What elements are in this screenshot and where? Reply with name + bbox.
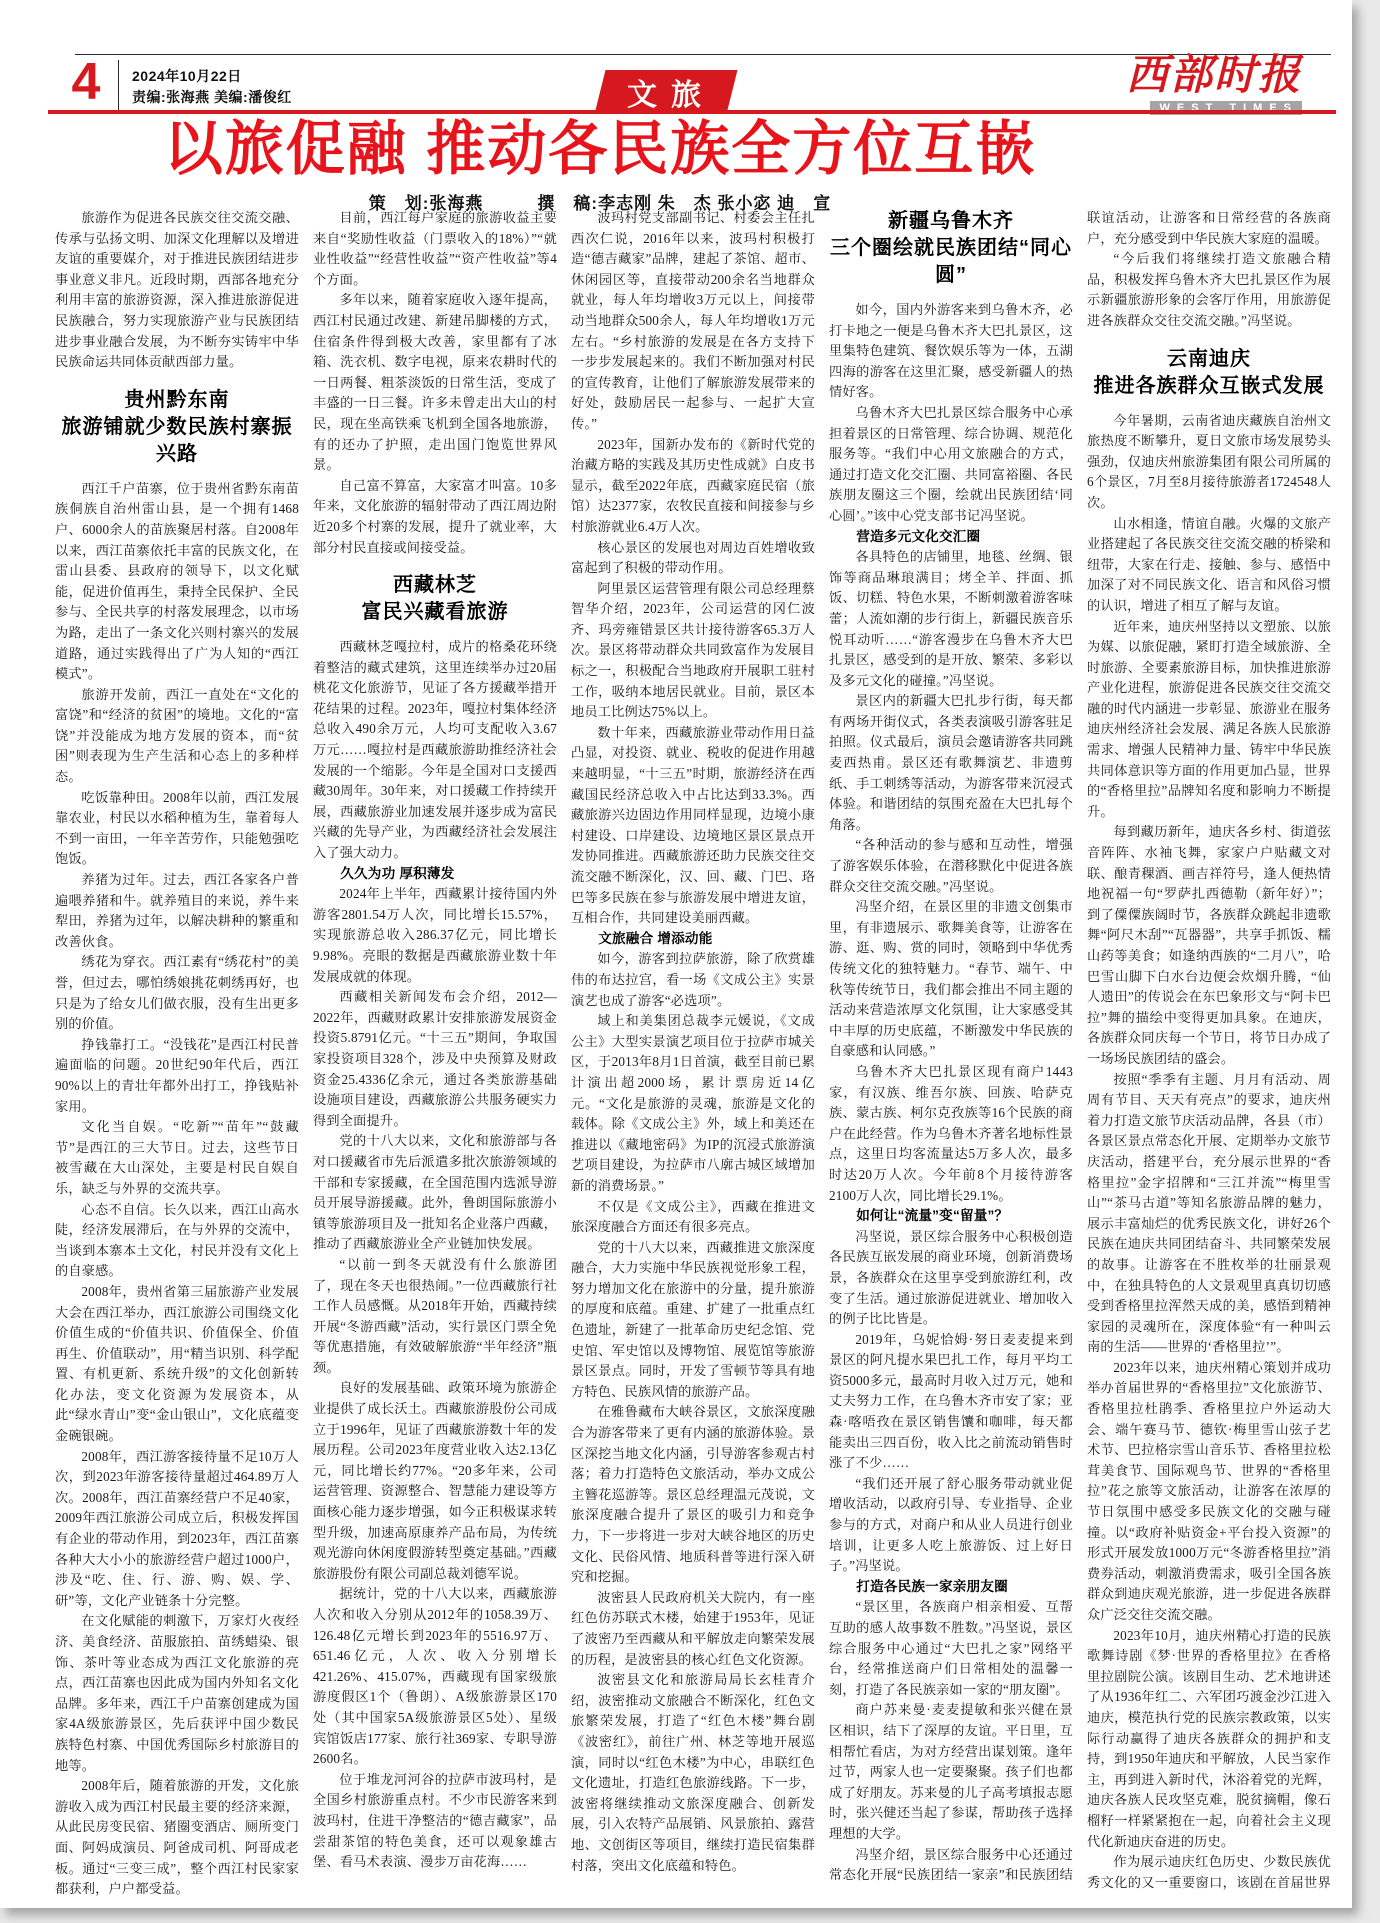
page-editors: 责编:张海燕 美编:潘俊红 (132, 87, 292, 108)
article-paragraph: 2024年上半年，西藏累计接待国内外游客2801.54万人次，同比增长15.57… (313, 884, 557, 987)
headline-block: 以旅促融 推动各民族全方位互嵌 策 划:张海燕 撰 稿:李志刚 朱 杰 张小宓 … (55, 118, 1145, 214)
article-paragraph: 旅游作为促进各民族交往交流交融、传承与弘扬文明、加深文化理解以及增进友谊的重要媒… (55, 208, 299, 373)
article-paragraph: 域上和美集团总裁李元媛说，《文成公主》大型实景演艺项目位于拉萨市城关区，于201… (571, 1011, 815, 1196)
article-paragraph: 在文化赋能的刺激下，万家灯火夜经济、美食经济、苗服旅拍、苗绣蜡染、银饰、茶叶等业… (55, 1611, 299, 1776)
article-paragraph: 阿里景区运营管理有限公司总经理蔡智华介绍，2023年，公司运营的冈仁波齐、玛旁雍… (571, 579, 815, 723)
main-headline: 以旅促融 推动各民族全方位互嵌 (55, 118, 1145, 180)
page-meta: 2024年10月22日 责编:张海燕 美编:潘俊红 (132, 66, 292, 108)
article-paragraph: 2008年，贵州省第三届旅游产业发展大会在西江举办，西江旅游公司围绕文化价值生成… (55, 1282, 299, 1447)
article-paragraph: 挣钱靠打工。“没钱花”是西江村民普遍面临的问题。20世纪90年代后，西江90%以… (55, 1035, 299, 1117)
section-banner: 文旅 (595, 70, 738, 114)
article-paragraph: 文化当自娱。“吃新”“苗年”“鼓藏节”是西江的三大节日。过去，这些节日被雪藏在大… (55, 1117, 299, 1199)
article-paragraph: 波玛村党支部副书记、村委会主任扎西次仁说，2016年以来，波玛村积极打造“德吉藏… (571, 208, 815, 435)
article-paragraph: 波密县文化和旅游局局长玄桂青介绍，波密推动文旅融合不断深化，红色文旅繁荣发展，打… (571, 1670, 815, 1876)
article-section-headline: 云南迪庆 推进各族群众互嵌式发展 (1087, 346, 1331, 400)
article-inline-subhead: 营造多元文化交汇圈 (829, 527, 1073, 548)
article-paragraph: “各种活动的参与感和互动性，增强了游客娱乐体验，在潜移默化中促进各族群众交往交流… (829, 835, 1073, 897)
article-section-headline: 贵州黔东南 旅游铺就少数民族村寨振兴路 (55, 387, 299, 468)
article-paragraph: 商户苏来曼·麦麦提敏和张兴健在景区相识，结下了深厚的友谊。平日里，互相帮忙看店，… (829, 1700, 1073, 1844)
article-paragraph: 良好的发展基础、政策环境为旅游企业提供了成长沃土。西藏旅游股份公司成立于1996… (313, 1378, 557, 1584)
article-paragraph: 位于堆龙河河谷的拉萨市波玛村，是全国乡村旅游重点村。不少市民游客来到波玛村，住进… (313, 1770, 557, 1873)
article-inline-subhead: 久久为功 厚积薄发 (313, 864, 557, 885)
page-date: 2024年10月22日 (132, 66, 292, 87)
article-paragraph: 2023年，国新办发布的《新时代党的治藏方略的实践及其历史性成就》白皮书显示，截… (571, 435, 815, 538)
article-paragraph: 每到藏历新年，迪庆各乡村、街道弦音阵阵、水袖飞舞，家家户户贴藏文对联、酿青稞酒、… (1087, 822, 1331, 1069)
article-paragraph: 乌鲁木齐大巴扎景区现有商户1443家，有汉族、维吾尔族、回族、哈萨克族、蒙古族、… (829, 1062, 1073, 1206)
article-paragraph: 党的十八大以来，西藏推进文旅深度融合，大力实施中华民族视觉形象工程，努力增加文化… (571, 1238, 815, 1403)
article-paragraph: “今后我们将继续打造文旅融合精品，积极发挥乌鲁木齐大巴扎景区作为展示新疆旅游形象… (1087, 249, 1331, 331)
article-paragraph: 景区内的新疆大巴扎步行街，每天都有两场开街仪式，各类表演吸引游客驻足拍照。仪式最… (829, 691, 1073, 835)
article-paragraph: 2008年后，随着旅游的开发，文化旅游收入成为西江村民最主要的经济来源，从此民房… (55, 1776, 299, 1900)
article-paragraph: 如今，国内外游客来到乌鲁木齐，必打卡地之一便是乌鲁木齐大巴扎景区，这里集特色建筑… (829, 300, 1073, 403)
article-paragraph: “我们还开展了舒心服务带动就业促增收活动，以政府引导、专业指导、企业参与的方式，… (829, 1474, 1073, 1577)
article-body: 旅游作为促进各民族交往交流交融、传承与弘扬文明、加深文化理解以及增进友谊的重要媒… (55, 208, 1331, 1900)
article-paragraph: 据统计，党的十八大以来，西藏旅游人次和收入分别从2012年的1058.39万、1… (313, 1584, 557, 1769)
article-paragraph: 党的十八大以来，文化和旅游部与各对口援藏省市先后派遣多批次旅游领域的干部和专家援… (313, 1131, 557, 1255)
article-inline-subhead: 如何让“流量”变“留量”？ (829, 1206, 1073, 1227)
article-paragraph: 核心景区的发展也对周边百姓增收致富起到了积极的带动作用。 (571, 538, 815, 579)
article-paragraph: 心态不自信。长久以来，西江山高水陡，经济发展滞后，在与外界的交流中，当谈到本寨本… (55, 1200, 299, 1282)
article-paragraph: 数十年来，西藏旅游业带动作用日益凸显，对投资、就业、税收的促进作用越来越明显，“… (571, 723, 815, 929)
article-paragraph: 不仅是《文成公主》，西藏在推进文旅深度融合方面还有很多亮点。 (571, 1197, 815, 1238)
article-section-headline: 西藏林芝 富民兴藏看旅游 (313, 572, 557, 626)
article-paragraph: 养猪为过年。过去，西江各家各户普遍喂养猪和牛。就养殖目的来说，养牛来犁田，养猪为… (55, 870, 299, 952)
article-paragraph: 西藏相关新闻发布会介绍，2012—2022年，西藏财政累计安排旅游发展资金投资5… (313, 987, 557, 1131)
article-paragraph: 2023年以来，迪庆州精心策划并成功举办首届世界的“香格里拉”文化旅游节、香格里… (1087, 1358, 1331, 1626)
article-paragraph: 旅游开发前，西江一直处在“文化的富饶”和“经济的贫困”的境地。文化的“富饶”并没… (55, 685, 299, 788)
article-paragraph: 山水相逢，情谊自融。火爆的文旅产业搭建起了各民族交往交流交融的桥梁和纽带，大家在… (1087, 514, 1331, 617)
article-inline-subhead: 文旅融合 增添动能 (571, 929, 815, 950)
article-paragraph: 西江千户苗寨，位于贵州省黔东南苗族侗族自治州雷山县，是一个拥有1468户、600… (55, 479, 299, 685)
article-paragraph: 2023年10月，迪庆州精心打造的民族歌舞诗剧《梦·世界的香格里拉》在香格里拉剧… (1087, 1626, 1331, 1853)
article-paragraph: 在雅鲁藏布大峡谷景区，文旅深度融合为游客带来了更有内涵的旅游体验。景区深挖当地文… (571, 1402, 815, 1587)
article-paragraph: 2008年，西江游客接待量不足10万人次，到2023年游客接待量超过464.89… (55, 1447, 299, 1612)
article-paragraph: “景区里，各族商户相亲相爱、互帮互助的感人故事数不胜数。”冯坚说，景区综合服务中… (829, 1597, 1073, 1700)
page-number: 4 (60, 56, 112, 108)
article-paragraph: 2019年，乌妮恰姆·努日麦麦提来到景区的阿凡提水果巴扎工作，每月平均工资500… (829, 1330, 1073, 1474)
article-paragraph: 冯坚介绍，在景区里的非遗文创集市里，有非遗展示、歌舞美食等，让游客在游、逛、购、… (829, 897, 1073, 1062)
article-paragraph: 近年来，迪庆州坚持以文塑旅、以旅为媒、以旅促融，紧盯打造全域旅游、全时旅游、全要… (1087, 617, 1331, 823)
article-paragraph: 冯坚说，景区综合服务中心积极创造各民族互嵌发展的商业环境，创新消费场景，各族群众… (829, 1227, 1073, 1330)
article-paragraph: 如今，游客到拉萨旅游，除了欣赏雄伟的布达拉宫，看一场《文成公主》实景演艺也成了游… (571, 949, 815, 1011)
article-paragraph: 目前，西江每户家庭的旅游收益主要来自“奖励性收益（门票收入的18%）”“就业性收… (313, 208, 557, 290)
masthead-logo: 西部时报 (1102, 52, 1302, 98)
article-paragraph: 自己富不算富，大家富才叫富。10多年来，文化旅游的辐射带动了西江周边附近20多个… (313, 476, 557, 558)
article-inline-subhead: 打造各民族一家亲朋友圈 (829, 1577, 1073, 1598)
article-paragraph: “以前一到冬天就没有什么旅游团了，现在冬天也很热闹。”一位西藏旅行社工作人员感慨… (313, 1255, 557, 1379)
article-paragraph: 按照“季季有主题、月月有活动、周周有节目、天天有亮点”的要求，迪庆州着力打造文旅… (1087, 1070, 1331, 1358)
article-paragraph: 绣花为穿衣。西江素有“绣花村”的美誉，但过去，哪怕绣娘挑花刺绣再好，也只是为了给… (55, 952, 299, 1034)
article-paragraph: 多年以来，随着家庭收入逐年提高，西江村民通过改建、新建吊脚楼的方式，住宿条件得到… (313, 290, 557, 475)
article-section-headline: 新疆乌鲁木齐 三个圈绘就民族团结“同心圆” (829, 208, 1073, 289)
article-paragraph: 吃饭靠种田。2008年以前，西江发展靠农业，村民以水稻种植为生，靠着每人不到一亩… (55, 788, 299, 870)
header-red-rule (48, 110, 1336, 114)
header-divider (118, 60, 119, 110)
article-paragraph: 西藏林芝嘎拉村，成片的格桑花环绕着整洁的藏式建筑，这里连续举办过20届桃花文化旅… (313, 637, 557, 864)
newspaper-page: 4 2024年10月22日 责编:张海燕 美编:潘俊红 文旅 西部时报 WEST… (0, 0, 1352, 1908)
masthead: 西部时报 WEST TIMES (1102, 52, 1302, 116)
article-paragraph: 今年暑期，云南省迪庆藏族自治州文旅热度不断攀升，夏日文旅市场发展势头强劲，仅迪庆… (1087, 411, 1331, 514)
article-paragraph: 波密县人民政府机关大院内，有一座红色仿苏联式木楼，始建于1953年，见证了波密乃… (571, 1588, 815, 1670)
section-label: 文旅 (617, 70, 715, 114)
article-paragraph: 各具特色的店铺里，地毯、丝绸、银饰等商品琳琅满目；烤全羊、拌面、抓饭、切糕、特色… (829, 547, 1073, 691)
article-paragraph: 乌鲁木齐大巴扎景区综合服务中心承担着景区的日常管理、综合协调、规范化服务等。“我… (829, 403, 1073, 527)
